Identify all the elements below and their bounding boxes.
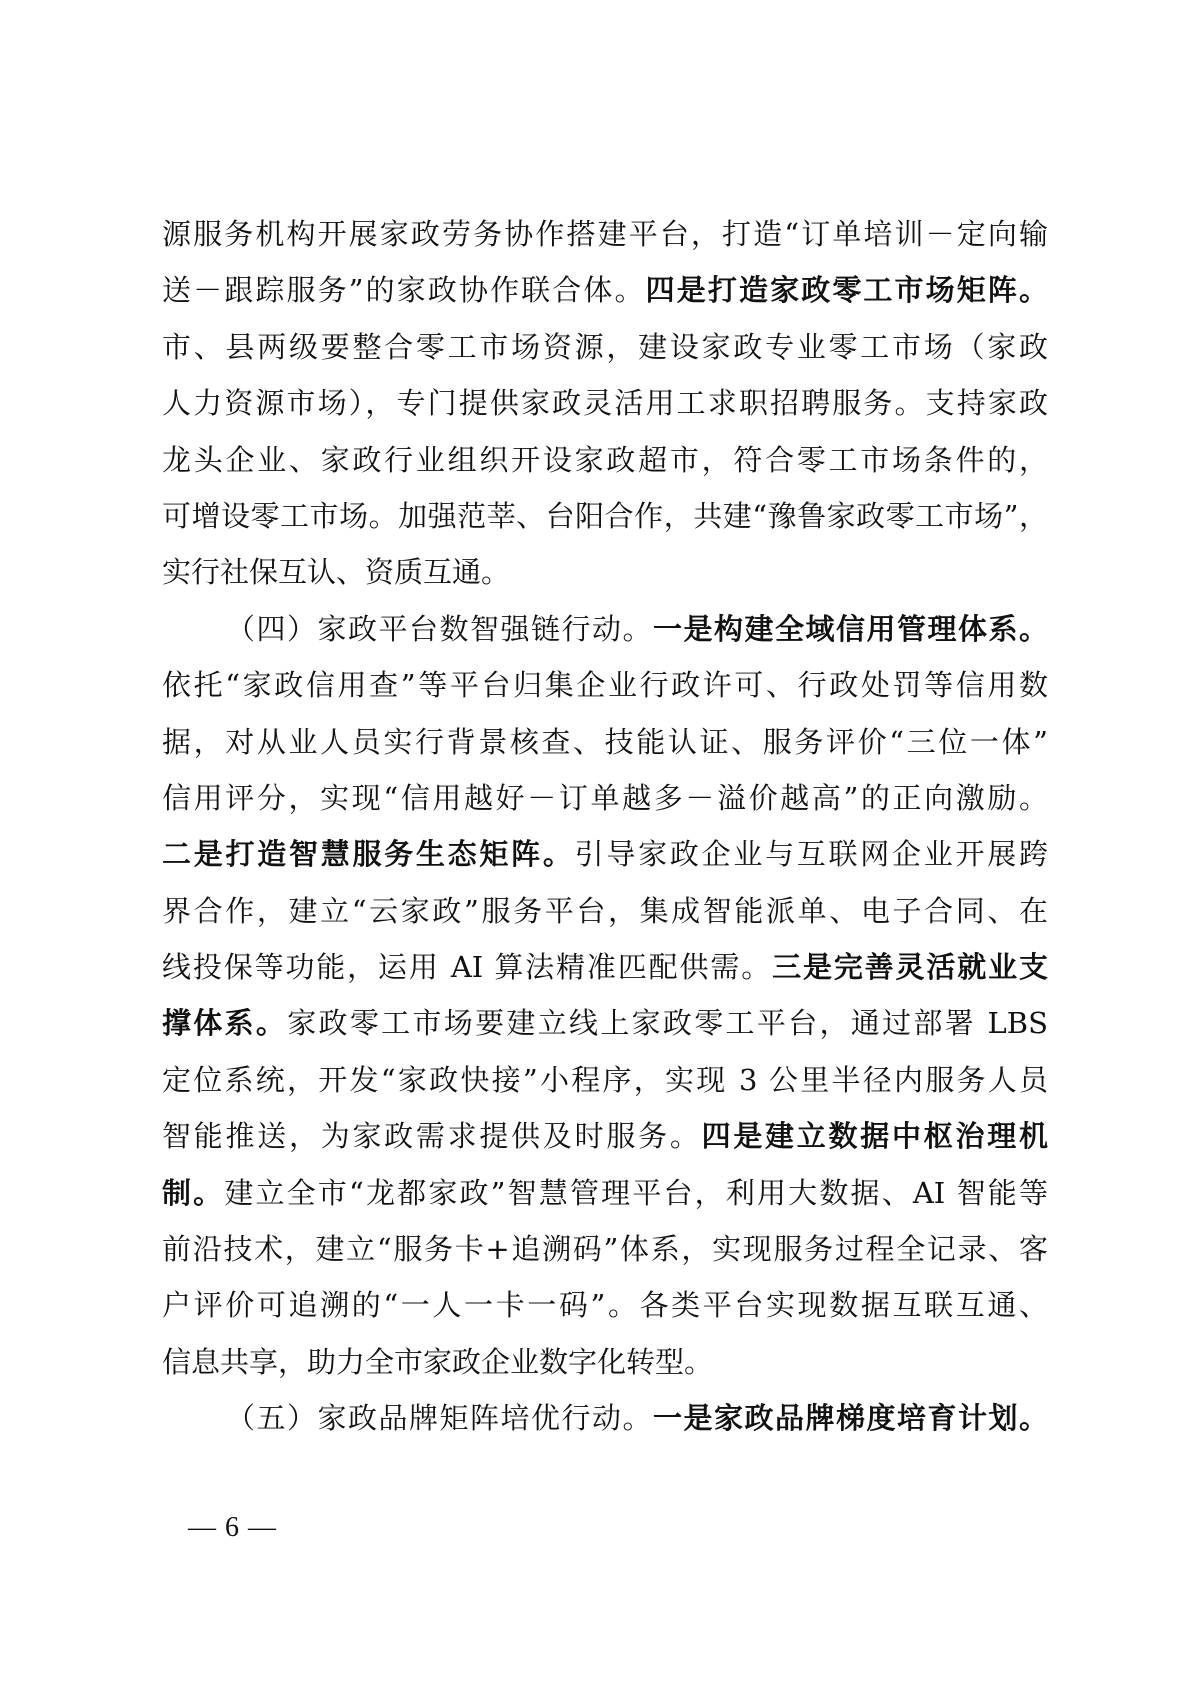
- body-text-segment: （五）家政品牌矩阵培优行动。: [226, 1401, 653, 1435]
- bold-heading-text: 二是打造智慧服务生态矩阵。: [162, 837, 575, 871]
- text-line: 定位系统，开发“家政快接”小程序，实现 3 公里半径内服务人员: [162, 1052, 1048, 1108]
- body-text-segment: 定位系统，开发“家政快接”小程序，实现 3 公里半径内服务人员: [162, 1063, 1048, 1097]
- body-text-segment: （四）家政平台数智强链行动。: [226, 612, 653, 646]
- body-text-segment: 智能推送，为家政需求提供及时服务。: [162, 1119, 702, 1153]
- body-text-segment: 据，对从业人员实行背景核查、技能认证、服务评价“三位一体”: [162, 725, 1048, 759]
- bold-heading-text: 三是完善灵活就业支: [772, 950, 1048, 984]
- text-line: 源服务机构开展家政劳务协作搭建平台，打造“订单培训－定向输: [162, 206, 1048, 262]
- text-line: （四）家政平台数智强链行动。一是构建全域信用管理体系。: [162, 601, 1048, 657]
- body-text-segment: 依托“家政信用查”等平台归集企业行政许可、行政处罚等信用数: [162, 668, 1048, 702]
- text-line: 送－跟踪服务”的家政协作联合体。四是打造家政零工市场矩阵。: [162, 262, 1048, 318]
- text-line: 线投保等功能，运用 AI 算法精准匹配供需。三是完善灵活就业支: [162, 939, 1048, 995]
- text-line: 据，对从业人员实行背景核查、技能认证、服务评价“三位一体”: [162, 714, 1048, 770]
- body-text-segment: 送－跟踪服务”的家政协作联合体。: [162, 273, 646, 307]
- text-line: 智能推送，为家政需求提供及时服务。四是建立数据中枢治理机: [162, 1108, 1048, 1164]
- text-line: 户评价可追溯的“一人一卡一码”。各类平台实现数据互联互通、: [162, 1277, 1048, 1333]
- text-line: （五）家政品牌矩阵培优行动。一是家政品牌梯度培育计划。: [162, 1390, 1048, 1446]
- text-line: 制。建立全市“龙都家政”智慧管理平台，利用大数据、AI 智能等: [162, 1165, 1048, 1221]
- text-line: 实行社保互认、资质互通。: [162, 544, 1048, 600]
- text-line: 信息共享，助力全市家政企业数字化转型。: [162, 1334, 1048, 1390]
- document-body: 源服务机构开展家政劳务协作搭建平台，打造“订单培训－定向输送－跟踪服务”的家政协…: [162, 206, 1048, 1447]
- text-line: 龙头企业、家政行业组织开设家政超市，符合零工市场条件的，: [162, 432, 1048, 488]
- body-text-segment: 信用评分，实现“信用越好－订单越多－溢价越高”的正向激励。: [162, 781, 1048, 815]
- text-line: 依托“家政信用查”等平台归集企业行政许可、行政处罚等信用数: [162, 657, 1048, 713]
- body-text-segment: 人力资源市场），专门提供家政灵活用工求职招聘服务。支持家政: [162, 386, 1048, 420]
- page-number: — 6 —: [188, 1512, 277, 1544]
- text-line: 二是打造智慧服务生态矩阵。引导家政企业与互联网企业开展跨: [162, 826, 1048, 882]
- body-text-segment: 建立全市“龙都家政”智慧管理平台，利用大数据、AI 智能等: [224, 1176, 1048, 1210]
- body-text-segment: 龙头企业、家政行业组织开设家政超市，符合零工市场条件的，: [162, 443, 1048, 477]
- body-text-segment: 家政零工市场要建立线上家政零工平台，通过部署 LBS: [287, 1006, 1048, 1040]
- text-line: 撑体系。家政零工市场要建立线上家政零工平台，通过部署 LBS: [162, 995, 1048, 1051]
- body-text-segment: 源服务机构开展家政劳务协作搭建平台，打造“订单培训－定向输: [162, 217, 1048, 251]
- body-text-segment: 可增设零工市场。加强范莘、台阳合作，共建“豫鲁家政零工市场”，: [162, 499, 1048, 533]
- bold-heading-text: 四是建立数据中枢治理机: [702, 1119, 1048, 1153]
- bold-heading-text: 撑体系。: [162, 1006, 287, 1040]
- body-text-segment: 户评价可追溯的“一人一卡一码”。各类平台实现数据互联互通、: [162, 1288, 1048, 1322]
- text-line: 人力资源市场），专门提供家政灵活用工求职招聘服务。支持家政: [162, 375, 1048, 431]
- body-text-segment: 信息共享，助力全市家政企业数字化转型。: [162, 1345, 713, 1379]
- text-line: 可增设零工市场。加强范莘、台阳合作，共建“豫鲁家政零工市场”，: [162, 488, 1048, 544]
- body-text-segment: 实行社保互认、资质互通。: [162, 555, 510, 589]
- bold-heading-text: 制。: [162, 1176, 224, 1210]
- text-line: 前沿技术，建立“服务卡+追溯码”体系，实现服务过程全记录、客: [162, 1221, 1048, 1277]
- body-text-segment: 界合作，建立“云家政”服务平台，集成智能派单、电子合同、在: [162, 894, 1048, 928]
- document-page: 源服务机构开展家政劳务协作搭建平台，打造“订单培训－定向输送－跟踪服务”的家政协…: [0, 0, 1200, 1696]
- body-text-segment: 线投保等功能，运用 AI 算法精准匹配供需。: [162, 950, 772, 984]
- bold-heading-text: 一是家政品牌梯度培育计划。: [653, 1401, 1048, 1435]
- body-text-segment: 市、县两级要整合零工市场资源，建设家政专业零工市场（家政: [162, 330, 1048, 364]
- text-line: 信用评分，实现“信用越好－订单越多－溢价越高”的正向激励。: [162, 770, 1048, 826]
- body-text-segment: 前沿技术，建立“服务卡+追溯码”体系，实现服务过程全记录、客: [162, 1232, 1048, 1266]
- bold-heading-text: 一是构建全域信用管理体系。: [653, 612, 1048, 646]
- bold-heading-text: 四是打造家政零工市场矩阵。: [646, 273, 1048, 307]
- text-line: 市、县两级要整合零工市场资源，建设家政专业零工市场（家政: [162, 319, 1048, 375]
- text-line: 界合作，建立“云家政”服务平台，集成智能派单、电子合同、在: [162, 883, 1048, 939]
- body-text-segment: 引导家政企业与互联网企业开展跨: [575, 837, 1048, 871]
